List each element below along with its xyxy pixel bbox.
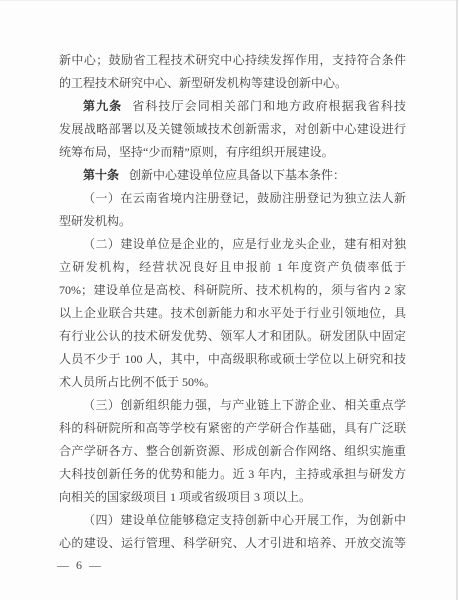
text-line: 向相关的国家级项目 1 项或省级项目 3 项以上。 bbox=[59, 486, 406, 509]
text-line: 合产学研各方、整合创新资源、形成创新合作网络、组织实施重 bbox=[59, 440, 406, 463]
text-line-item-2: （二）建设单位是企业的，应是行业龙头企业，建有相对独 bbox=[59, 233, 406, 256]
text-line: 人员不少于 100 人，其中，中高级职称或硕士学位以上研究和技 bbox=[59, 348, 406, 371]
text-line: 的工程技术研究中心、新型研发机构等建设创新中心。 bbox=[59, 72, 406, 95]
scan-edge-top bbox=[0, 0, 459, 1]
text-line: 科的科研院所和高等学校有紧密的产学研合作基础，具有广泛联 bbox=[59, 417, 406, 440]
text-line: 新中心；鼓励省工程技术研究中心持续发挥作用，支持符合条件 bbox=[59, 49, 406, 72]
article-9-heading: 第九条 bbox=[83, 99, 122, 113]
document-body: 新中心；鼓励省工程技术研究中心持续发挥作用，支持符合条件 的工程技术研究中心、新… bbox=[59, 49, 406, 555]
scan-edge-line bbox=[456, 0, 458, 600]
article-10-heading: 第十条 bbox=[83, 168, 119, 182]
text-line: 大科技创新任务的优势和能力。近 3 年内，主持或承担与研发方 bbox=[59, 463, 406, 486]
text-line: 以上企业联合共建。技术创新能力和水平处于行业引领地位，具 bbox=[59, 302, 406, 325]
text-line: 有行业公认的技术研发优势、领军人才和团队。研发团队中固定 bbox=[59, 325, 406, 348]
text-line: 统筹布局，坚持“少而精”原则，有序组织开展建设。 bbox=[59, 141, 406, 164]
scanned-document-page: 新中心；鼓励省工程技术研究中心持续发挥作用，支持符合条件 的工程技术研究中心、新… bbox=[0, 0, 459, 600]
text-line-item-4: （四）建设单位能够稳定支持创新中心开展工作，为创新中 bbox=[59, 509, 406, 532]
page-number: — 6 — bbox=[57, 556, 103, 574]
text-line-item-1: （一）在云南省境内注册登记，鼓励注册登记为独立法人新 bbox=[59, 187, 406, 210]
text-line: 型研发机构。 bbox=[59, 210, 406, 233]
article-9-text: 省科技厅会同相关部门和地方政府根据我省科技 bbox=[132, 99, 406, 113]
text-line: 心的建设、运行管理、科学研究、人才引进和培养、开放交流等 bbox=[59, 532, 406, 555]
text-line-article-10: 第十条创新中心建设单位应具备以下基本条件： bbox=[59, 164, 406, 187]
text-line-article-9: 第九条省科技厅会同相关部门和地方政府根据我省科技 bbox=[59, 95, 406, 118]
article-10-text: 创新中心建设单位应具备以下基本条件： bbox=[129, 168, 345, 182]
text-line: 立研发机构，经营状况良好且申报前 1 年度资产负债率低于 bbox=[59, 256, 406, 279]
text-line: 发展战略部署以及关键领域技术创新需求，对创新中心建设进行 bbox=[59, 118, 406, 141]
text-line-item-3: （三）创新组织能力强，与产业链上下游企业、相关重点学 bbox=[59, 394, 406, 417]
text-line: 术人员所占比例不低于 50%。 bbox=[59, 371, 406, 394]
text-line: 70%；建设单位是高校、科研院所、技术机构的，须与省内 2 家 bbox=[59, 279, 406, 302]
